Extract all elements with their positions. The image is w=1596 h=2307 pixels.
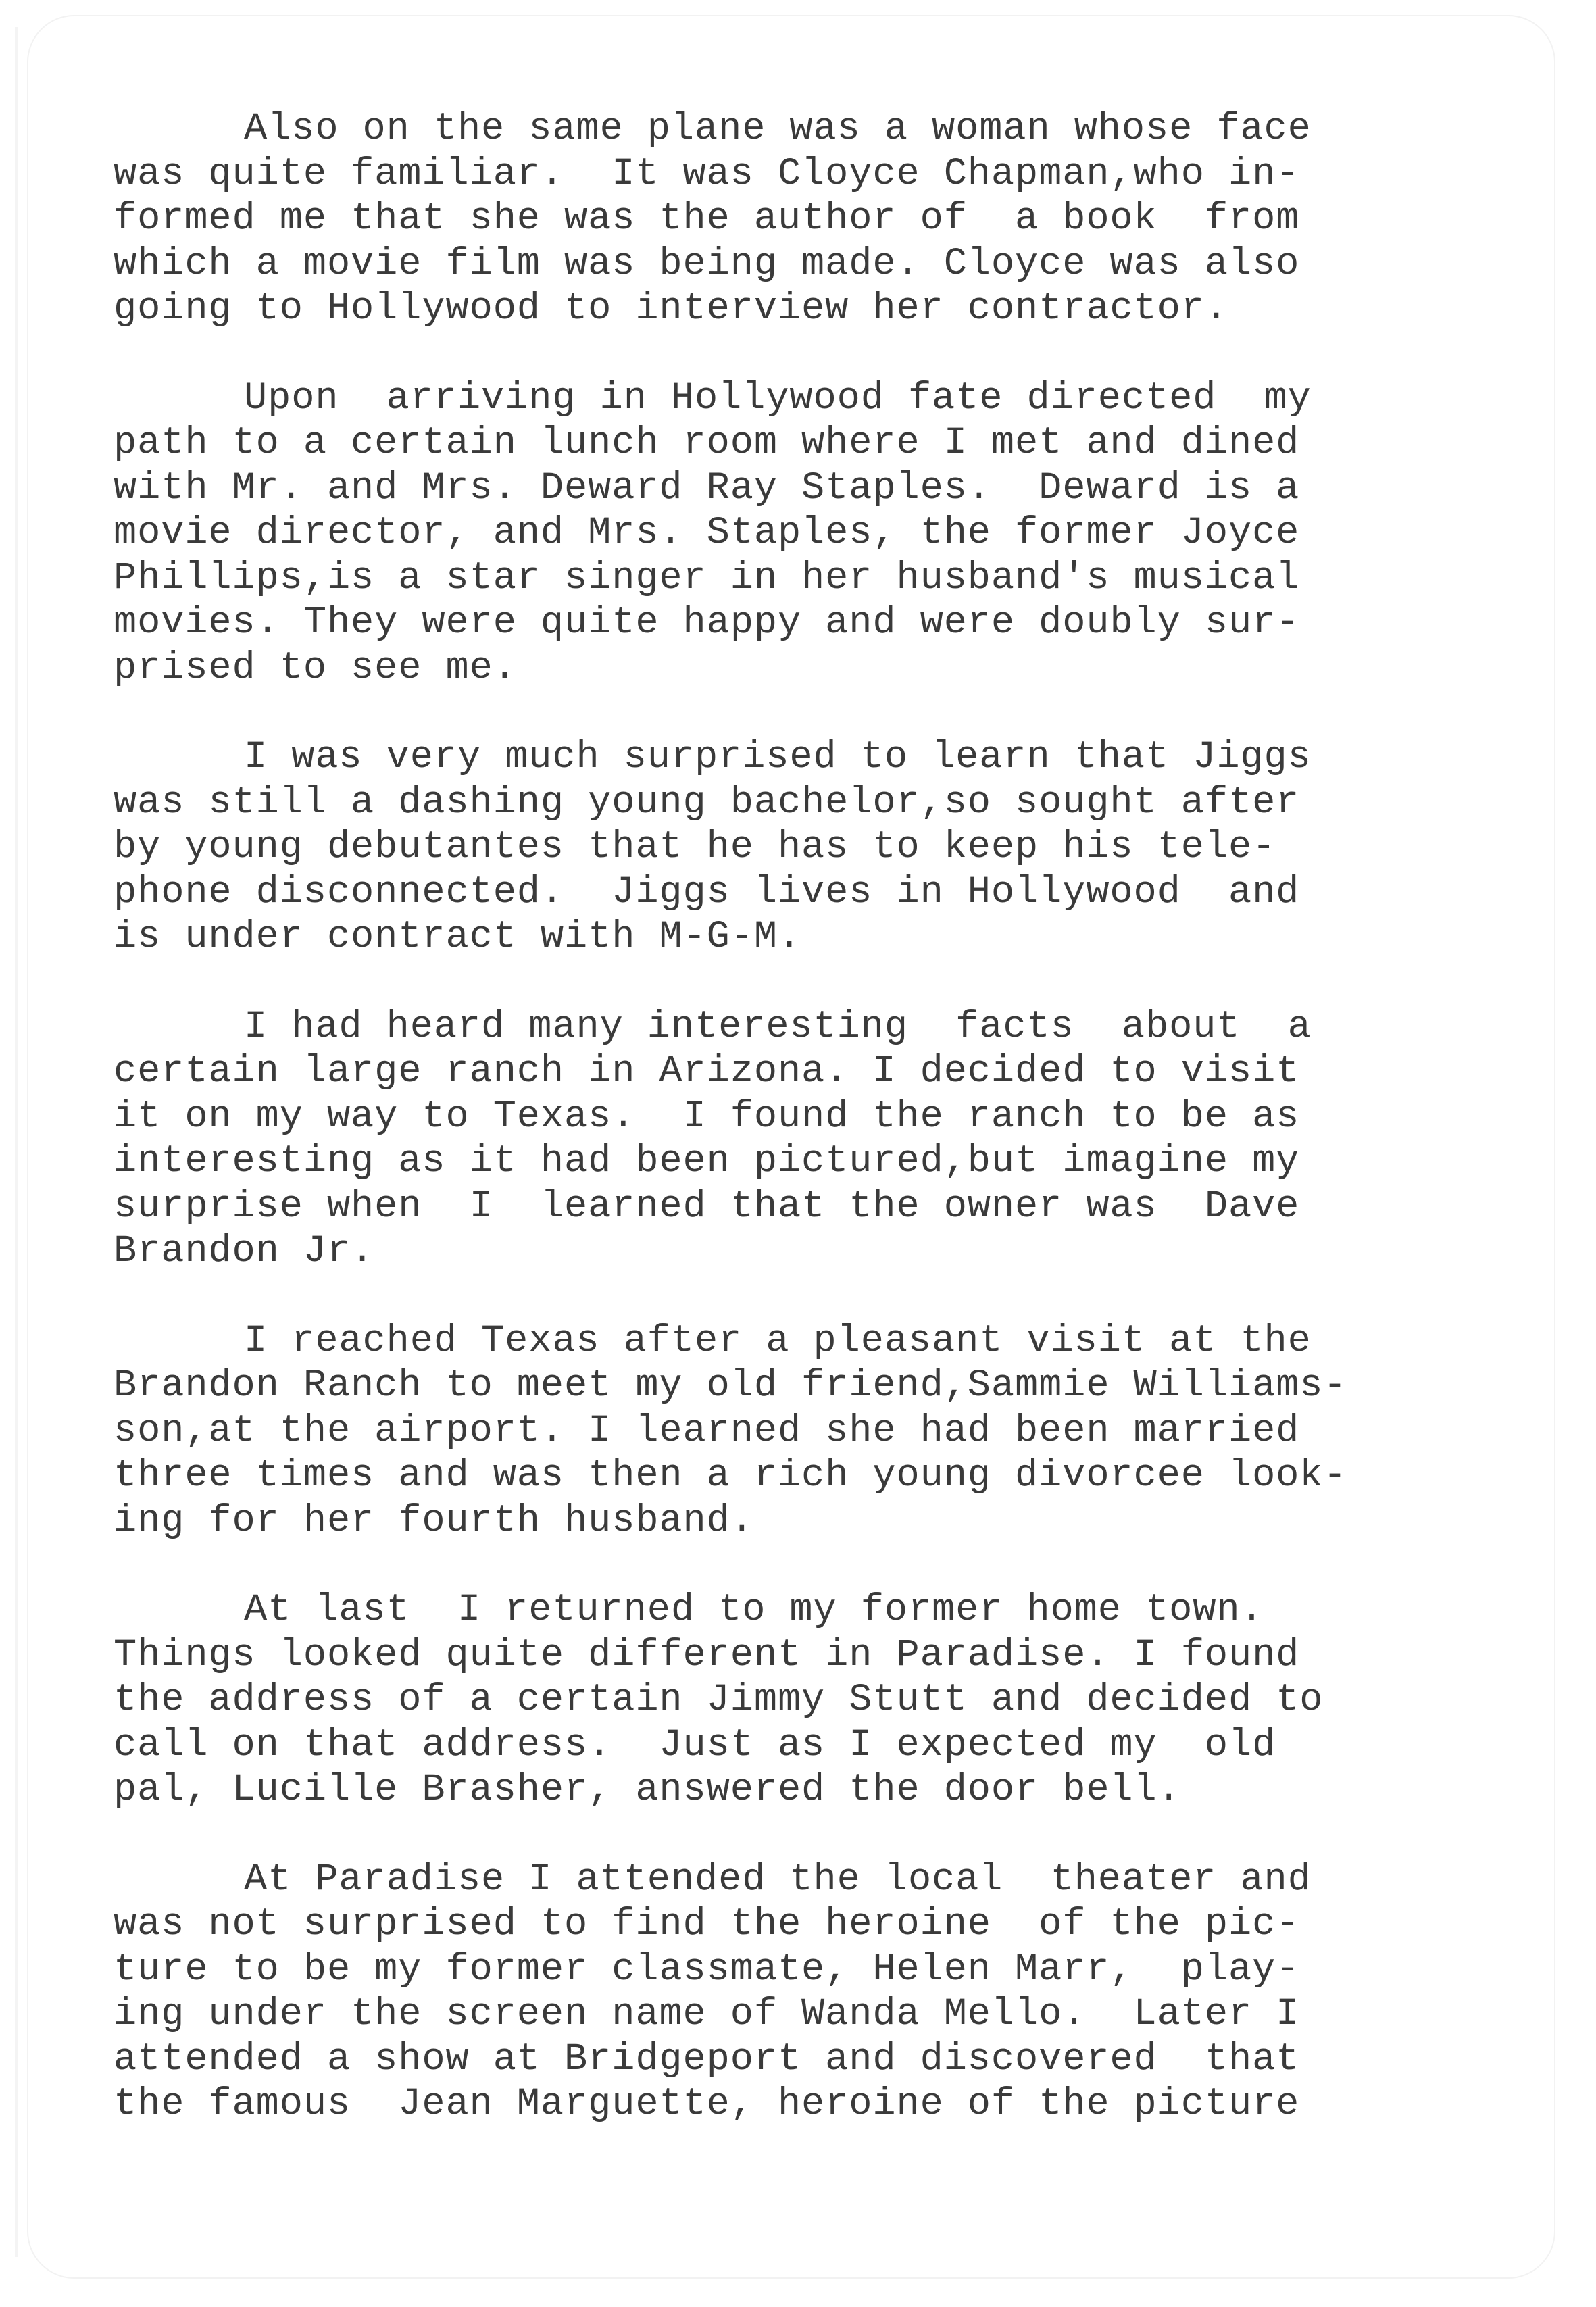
text-line: phone disconnected. Jiggs lives in Holly… bbox=[114, 870, 1492, 916]
text-line: was still a dashing young bachelor,so so… bbox=[114, 780, 1492, 826]
paragraph-arizona-ranch: I had heard many interesting facts about… bbox=[114, 1005, 1492, 1274]
text-line: ing for her fourth husband. bbox=[114, 1499, 1492, 1544]
paragraph-staples: Upon arriving in Hollywood fate directed… bbox=[114, 376, 1492, 691]
text-line: movie director, and Mrs. Staples, the fo… bbox=[114, 511, 1492, 556]
paragraph-jiggs: I was very much surprised to learn that … bbox=[114, 735, 1492, 960]
text-line: Upon arriving in Hollywood fate directed… bbox=[114, 376, 1492, 422]
text-line: was quite familiar. It was Cloyce Chapma… bbox=[114, 152, 1492, 197]
text-line: pal, Lucille Brasher, answered the door … bbox=[114, 1768, 1492, 1813]
text-line: formed me that she was the author of a b… bbox=[114, 197, 1492, 242]
paragraph-cloyce-chapman: Also on the same plane was a woman whose… bbox=[114, 107, 1492, 332]
text-line: certain large ranch in Arizona. I decide… bbox=[114, 1049, 1492, 1095]
document-body: Also on the same plane was a woman whose… bbox=[114, 107, 1492, 2172]
text-line: call on that address. Just as I expected… bbox=[114, 1723, 1492, 1768]
text-line: I reached Texas after a pleasant visit a… bbox=[114, 1319, 1492, 1364]
text-line: is under contract with M-G-M. bbox=[114, 915, 1492, 960]
text-line: interesting as it had been pictured,but … bbox=[114, 1139, 1492, 1185]
text-line: which a movie film was being made. Cloyc… bbox=[114, 242, 1492, 287]
text-line: prised to see me. bbox=[114, 646, 1492, 691]
text-line: At Paradise I attended the local theater… bbox=[114, 1858, 1492, 1903]
text-line: was not surprised to find the heroine of… bbox=[114, 1902, 1492, 1948]
paragraph-texas: I reached Texas after a pleasant visit a… bbox=[114, 1319, 1492, 1544]
text-line: Brandon Ranch to meet my old friend,Samm… bbox=[114, 1364, 1492, 1409]
text-line: ing under the screen name of Wanda Mello… bbox=[114, 1992, 1492, 2037]
paragraph-home-town: At last I returned to my former home tow… bbox=[114, 1588, 1492, 1813]
page-edge-shadow bbox=[15, 27, 18, 2257]
text-line: with Mr. and Mrs. Deward Ray Staples. De… bbox=[114, 466, 1492, 512]
text-line: going to Hollywood to interview her cont… bbox=[114, 287, 1492, 332]
text-line: ture to be my former classmate, Helen Ma… bbox=[114, 1948, 1492, 1993]
text-line: I had heard many interesting facts about… bbox=[114, 1005, 1492, 1050]
text-line: it on my way to Texas. I found the ranch… bbox=[114, 1095, 1492, 1140]
text-line: three times and was then a rich young di… bbox=[114, 1454, 1492, 1499]
text-line: Brandon Jr. bbox=[114, 1229, 1492, 1274]
text-line: son,at the airport. I learned she had be… bbox=[114, 1409, 1492, 1454]
text-line: Things looked quite different in Paradis… bbox=[114, 1633, 1492, 1679]
text-line: by young debutantes that he has to keep … bbox=[114, 825, 1492, 870]
text-line: path to a certain lunch room where I met… bbox=[114, 421, 1492, 466]
text-line: surprise when I learned that the owner w… bbox=[114, 1185, 1492, 1230]
paragraph-paradise-theater: At Paradise I attended the local theater… bbox=[114, 1858, 1492, 2127]
text-line: the famous Jean Marguette, heroine of th… bbox=[114, 2082, 1492, 2127]
text-line: At last I returned to my former home tow… bbox=[114, 1588, 1492, 1633]
text-line: Also on the same plane was a woman whose… bbox=[114, 107, 1492, 152]
text-line: Phillips,is a star singer in her husband… bbox=[114, 556, 1492, 601]
text-line: attended a show at Bridgeport and discov… bbox=[114, 2037, 1492, 2083]
text-line: movies. They were quite happy and were d… bbox=[114, 601, 1492, 646]
text-line: the address of a certain Jimmy Stutt and… bbox=[114, 1678, 1492, 1723]
text-line: I was very much surprised to learn that … bbox=[114, 735, 1492, 780]
